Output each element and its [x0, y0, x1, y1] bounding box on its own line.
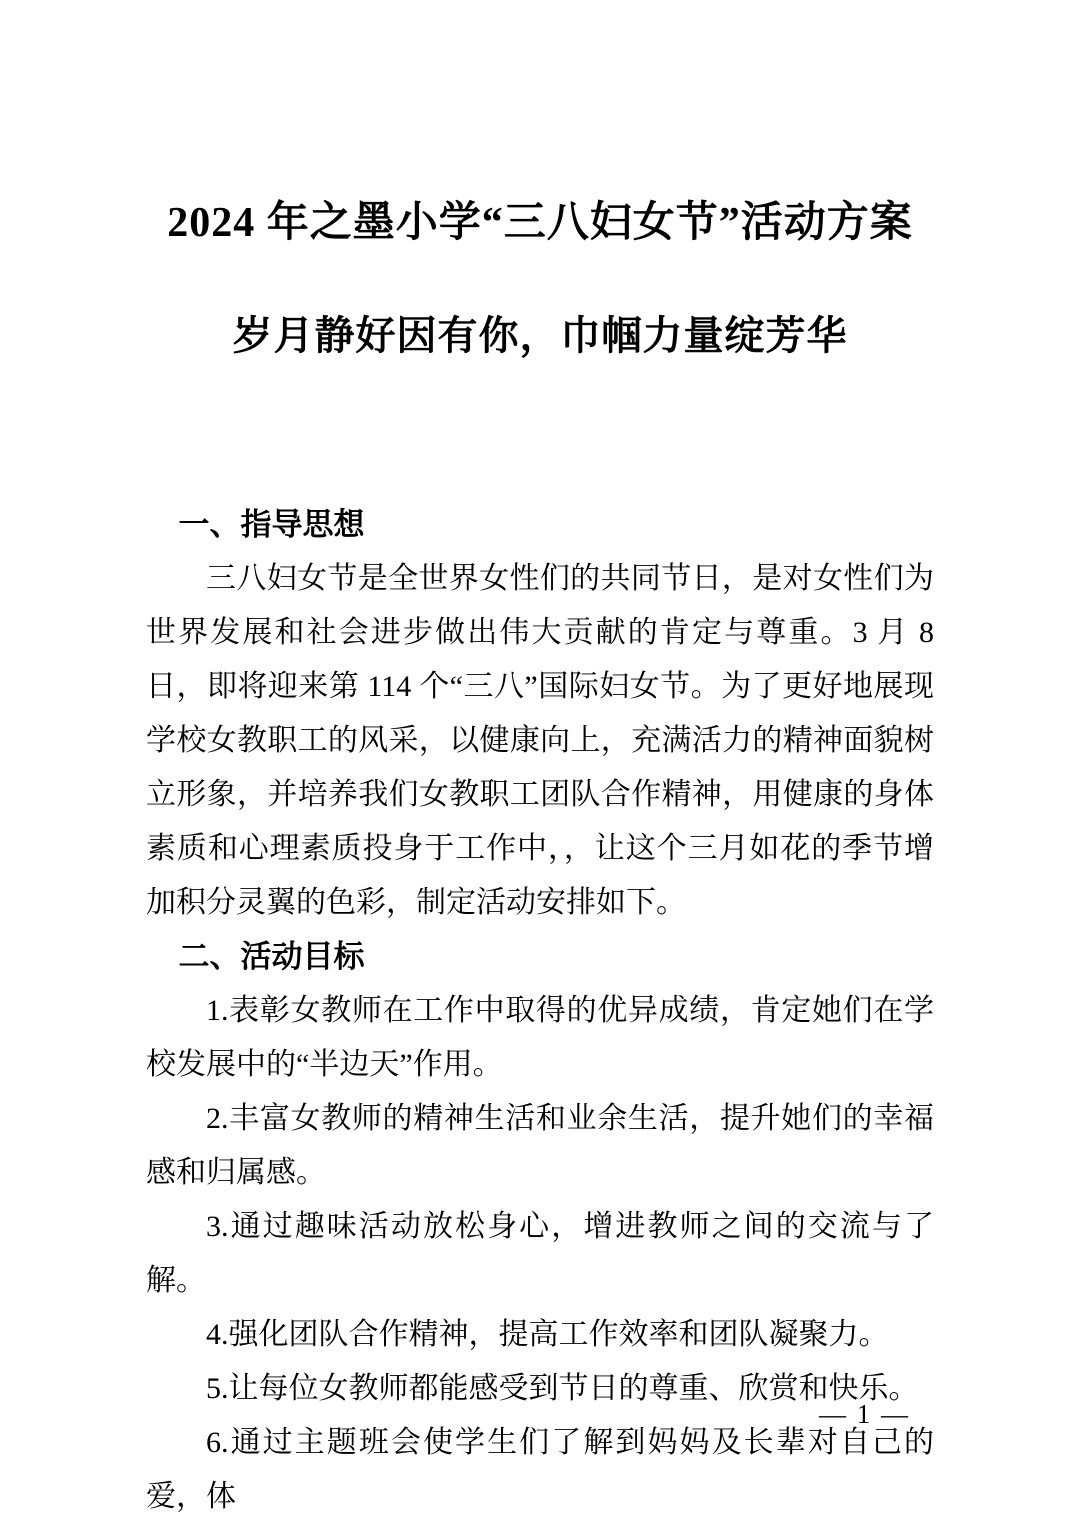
- section-heading-guiding-ideology: 一、指导思想: [146, 498, 934, 552]
- document-body: 一、指导思想 三八妇女节是全世界女性们的共同节日，是对女性们为世界发展和社会进步…: [146, 498, 934, 1524]
- section-heading-activity-goals: 二、活动目标: [146, 930, 934, 984]
- goal-item-5: 5.让每位女教师都能感受到节日的尊重、欣赏和快乐。: [146, 1362, 934, 1416]
- goal-item-6: 6.通过主题班会使学生们了解到妈妈及长辈对自己的爱，体: [146, 1416, 934, 1524]
- page-title: 2024 年之墨小学“三八妇女节”活动方案: [146, 198, 934, 248]
- goal-item-1: 1.表彰女教师在工作中取得的优异成绩，肯定她们在学校发展中的“半边天”作用。: [146, 984, 934, 1092]
- page-subtitle: 岁月静好因有你，巾帼力量绽芳华: [146, 312, 934, 360]
- page-number: — 1 —: [819, 1398, 910, 1430]
- goal-item-4: 4.强化团队合作精神，提高工作效率和团队凝聚力。: [146, 1308, 934, 1362]
- goal-item-3: 3.通过趣味活动放松身心，增进教师之间的交流与了解。: [146, 1200, 934, 1308]
- document-page: 2024 年之墨小学“三八妇女节”活动方案 岁月静好因有你，巾帼力量绽芳华 一、…: [0, 0, 1080, 1527]
- paragraph-guiding-ideology: 三八妇女节是全世界女性们的共同节日，是对女性们为世界发展和社会进步做出伟大贡献的…: [146, 552, 934, 930]
- goal-item-2: 2.丰富女教师的精神生活和业余生活，提升她们的幸福感和归属感。: [146, 1092, 934, 1200]
- document-content: 2024 年之墨小学“三八妇女节”活动方案 岁月静好因有你，巾帼力量绽芳华 一、…: [0, 198, 1080, 1524]
